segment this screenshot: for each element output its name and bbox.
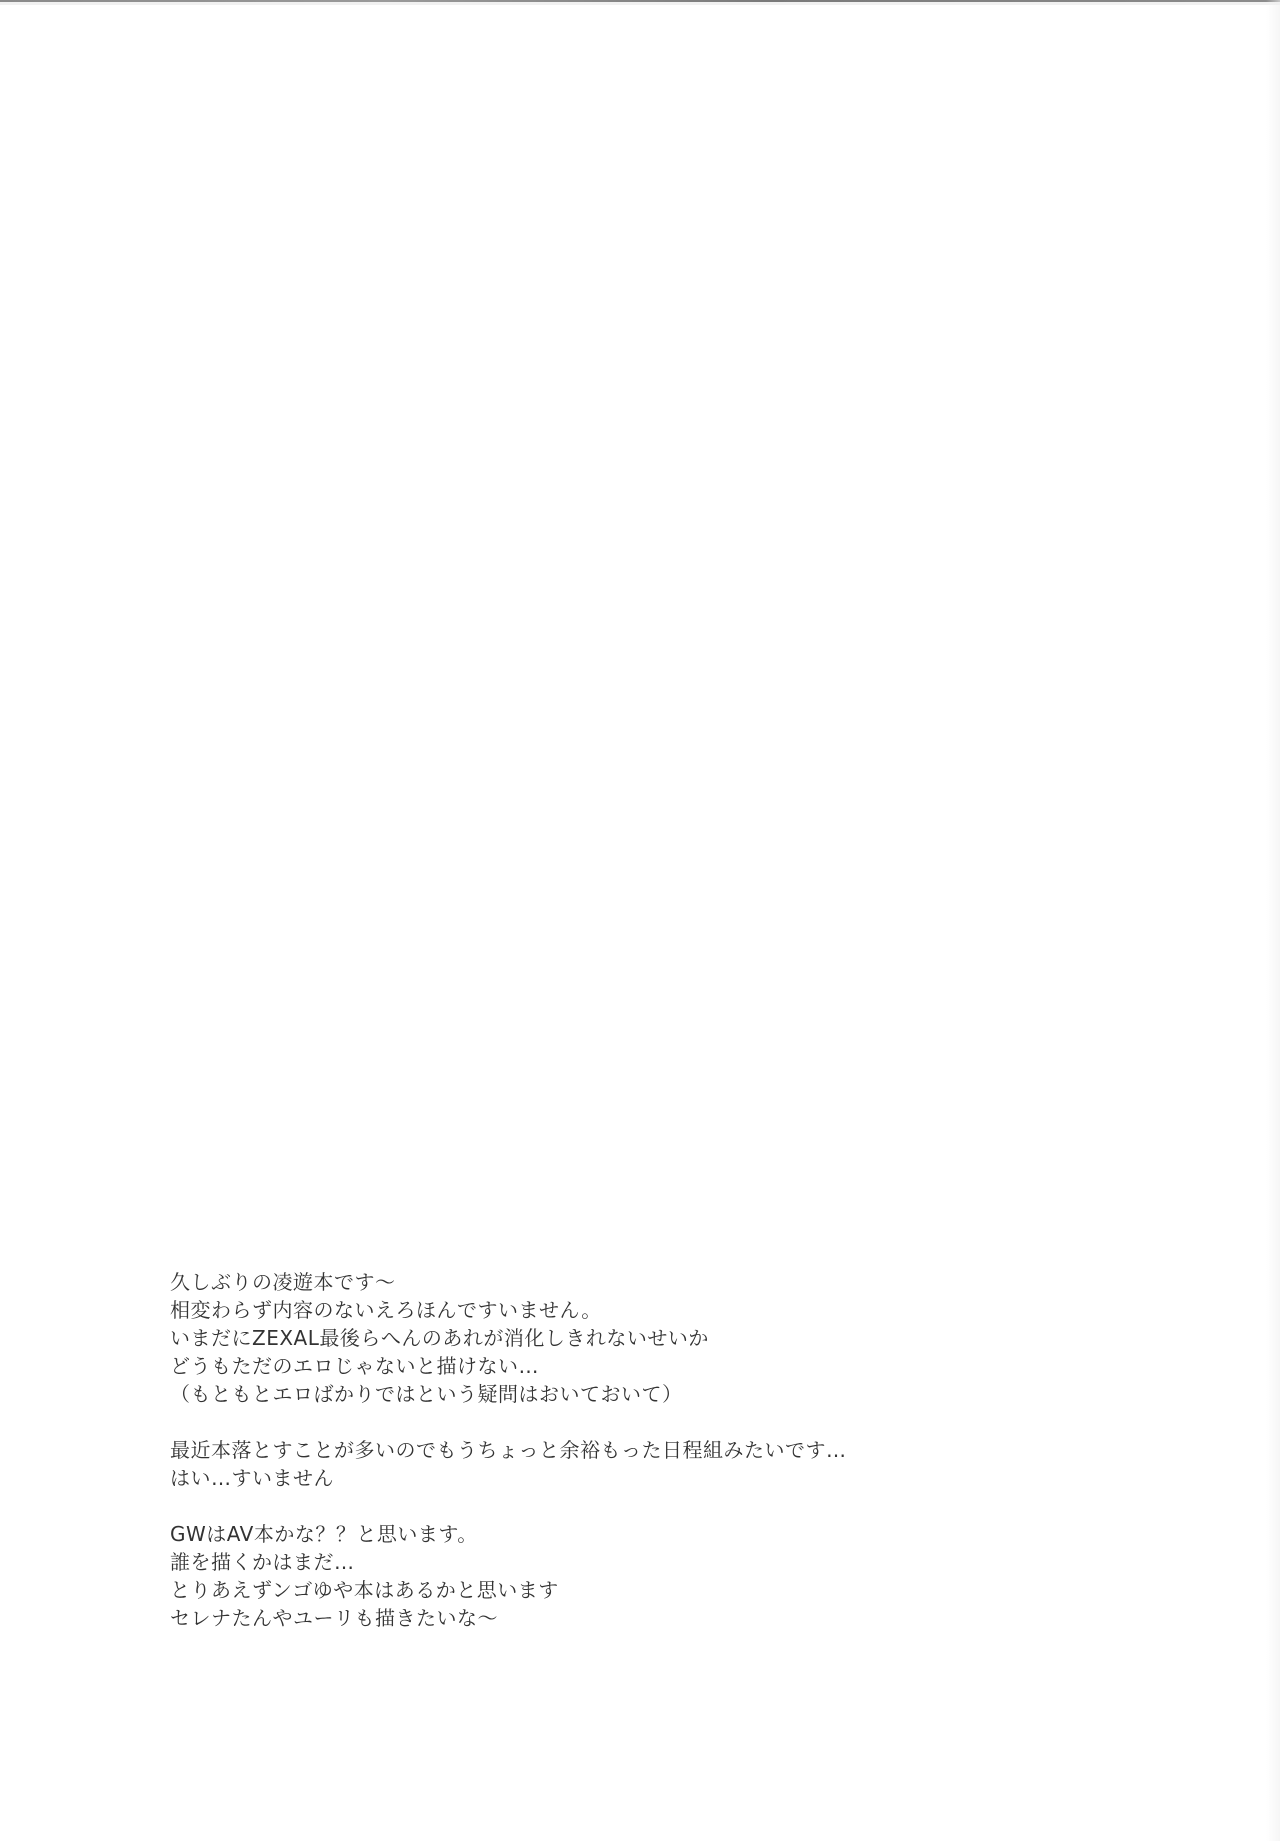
- afterword-paragraph-3: GWはAV本かな？？と思います。 誰を描くかはまだ… とりあえずンゴゆや本はある…: [170, 1520, 847, 1632]
- text-line: 相変わらず内容のないえろほんですいません。: [170, 1296, 847, 1324]
- afterword-text-block: 久しぶりの凌遊本です～ 相変わらず内容のないえろほんですいません。 いまだにZE…: [170, 1268, 847, 1632]
- scan-top-edge-shadow: [0, 2, 1280, 5]
- afterword-paragraph-2: 最近本落とすことが多いのでもうちょっと余裕もった日程組みたいです… はい…すいま…: [170, 1436, 847, 1492]
- text-line: GWはAV本かな？？と思います。: [170, 1520, 847, 1548]
- afterword-paragraph-1: 久しぶりの凌遊本です～ 相変わらず内容のないえろほんですいません。 いまだにZE…: [170, 1268, 847, 1408]
- text-line: 最近本落とすことが多いのでもうちょっと余裕もった日程組みたいです…: [170, 1436, 847, 1464]
- text-line: いまだにZEXAL最後らへんのあれが消化しきれないせいか: [170, 1324, 847, 1352]
- scan-right-shade: [1266, 0, 1280, 1841]
- text-line: セレナたんやユーリも描きたいな～: [170, 1604, 847, 1632]
- text-line: （もともとエロばかりではという疑問はおいておいて）: [170, 1380, 847, 1408]
- text-line: どうもただのエロじゃないと描けない…: [170, 1352, 847, 1380]
- text-line: 久しぶりの凌遊本です～: [170, 1268, 847, 1296]
- text-line: とりあえずンゴゆや本はあるかと思います: [170, 1576, 847, 1604]
- text-line: 誰を描くかはまだ…: [170, 1548, 847, 1576]
- text-line: はい…すいません: [170, 1464, 847, 1492]
